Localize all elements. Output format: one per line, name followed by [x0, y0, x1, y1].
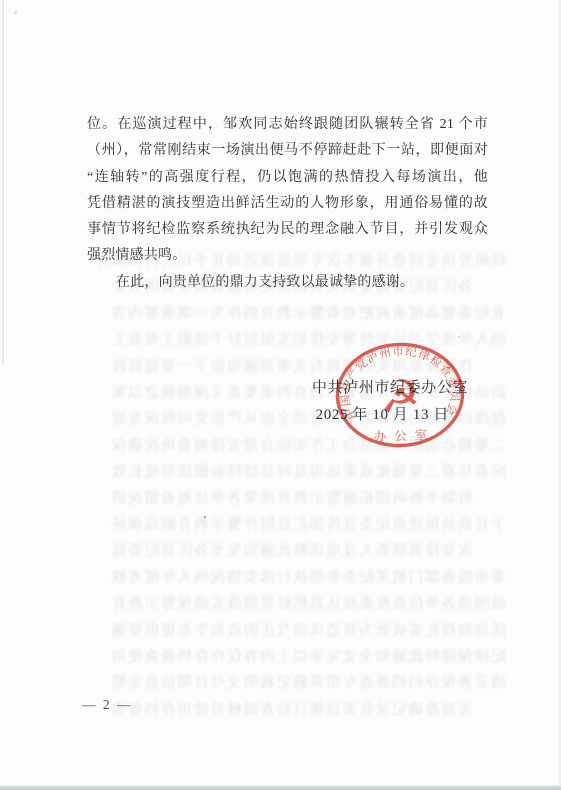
bleedthrough-row: 作确保取得实效现将有关事项通知如下一要提高政 [58, 358, 506, 376]
bleedthrough-row: 业纪委要高度重视把观看警示教育剧作为一项重要内容 [58, 305, 506, 323]
signature-date: 2025 年 10 月 13 日 [316, 403, 449, 424]
bleedthrough-row: 应看尽看三要强化成果运用及时总结经验做法形成长效 [58, 463, 506, 481]
body-line: 强烈情感共鸣。 [87, 243, 488, 269]
bleedthrough-row: 机制不断巩固拓展警示教育成果各单位观看情况请 [58, 490, 506, 508]
bleedthrough-row: 纳入年度学习计划统筹安排切实组织好干部职工观看工 [58, 331, 506, 349]
bleedthrough-row: 请妥善保存归档备查专用章戳记载明文号日期信息完整 [58, 674, 506, 692]
body-line: 凭借精湛的演技塑造出鲜活生动的人物形象，用通俗易懂的故 [87, 191, 488, 217]
bleedthrough-row: 次安排表联系人及电话略此通知发至各区县纪委监 [58, 542, 506, 560]
scan-edge-left [2, 0, 4, 365]
signature-org: 中共泸州市纪委办公室 [312, 376, 468, 397]
seal-bottom-text: 办 公 室 [373, 427, 429, 444]
bleedthrough-row: 于月底前报送市纪委宣传部汇总附件警示教育剧巡演场 [58, 516, 506, 534]
bleedthrough-row: 委市级各部门机关纪委参照执行落实情况纳入年度考核 [58, 569, 506, 587]
scanned-document-page: 经研究决定同意开展本次专项巡演活动并予以支持保障好 各区县纪委监委机关各派驻纪检… [0, 0, 561, 790]
page-number: — 2 — [82, 697, 133, 713]
body-line: 事情节将纪检监察系统执纪为民的理念融入节目，并引发观众 [87, 217, 488, 243]
scan-speck [458, 336, 460, 338]
bleedthrough-row: 纪律保障特此通知全文完毕以上内容仅作存档备查使用 [58, 648, 506, 666]
body-line: 位。在巡演过程中，邹欢同志始终跟随团队辗转全省 21 个市 [87, 112, 488, 138]
scan-edge-bottom [0, 785, 561, 790]
scan-speck [14, 11, 17, 14]
body-line: 在此，向贵单位的鼎力支持致以最诚挚的感谢。 [87, 270, 488, 296]
bleedthrough-row: 范围请各单位高度重视认真抓好贯彻落实确保警示教育 [58, 595, 506, 613]
body-line: “连轴转”的高强度行程，仍以饱满的热情投入每场演出，他 [87, 165, 488, 191]
body-line: （州），常常刚结束一场演出便马不停蹄赶赴下一站，即便面对 [87, 138, 488, 164]
scan-speck [204, 516, 206, 518]
bleedthrough-row: 活动取得扎实成效为营造风清气正的政治生态提供坚强 [58, 622, 506, 640]
bleedthrough-row: 二要精心组织实施结合工作实际合理安排观看场次确保 [58, 437, 506, 455]
letter-body: 位。在巡演过程中，邹欢同志始终跟随团队辗转全省 21 个市 （州），常常刚结束一… [87, 112, 488, 296]
